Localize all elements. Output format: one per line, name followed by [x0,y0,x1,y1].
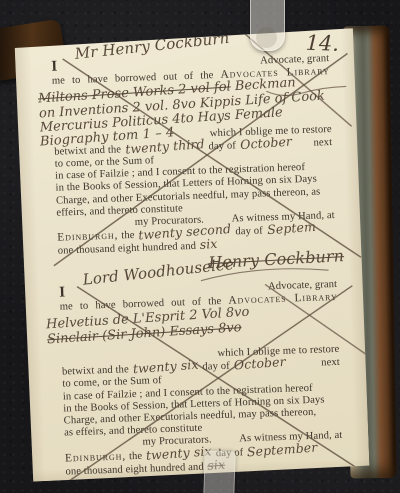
place-text: Edinburgh, [57,230,118,244]
return-month: October [240,136,292,150]
year-word: six [200,239,218,250]
tape-tab-bottom [203,450,236,493]
next-text: next [313,137,332,150]
signing-day: twenty second [138,224,231,240]
next-text: next [321,357,340,370]
signing-day: twenty six [146,446,212,461]
borrow-entry-woodhouselee: I Lord Woodhouselee Advocate, grant me t… [59,275,344,493]
place-text: Edinburgh, [65,450,126,464]
advocate-grant-text: Advocate, grant [260,53,330,68]
return-day: twenty third [125,139,205,155]
register-page: 14. I Mr Henry Cockburn Advocate, grant … [12,28,369,482]
tape-tab-top [250,0,285,51]
the-text: the [129,450,143,463]
return-day: twenty six [132,360,198,375]
signing-month: September [247,442,318,457]
printed-initial: I [51,60,57,75]
day-of-text: day of [208,140,236,153]
advocate-grant-text: Advocate, grant [268,279,338,294]
day-of-text: day of [202,361,230,374]
borrow-entry-cockburn: I Mr Henry Cockburn Advocate, grant me t… [51,49,336,276]
return-month: October [233,357,285,371]
signing-month: Septem [266,222,315,235]
the-text: the [121,230,135,243]
printed-initial: I [59,285,65,300]
day-of-text: day of [235,226,263,239]
